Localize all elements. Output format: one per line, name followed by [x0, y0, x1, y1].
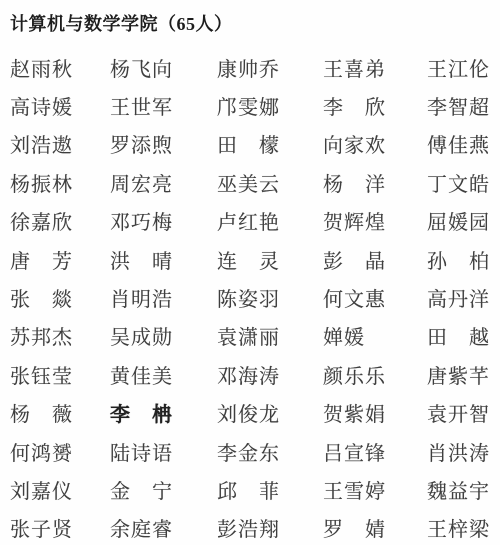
- name-cell: 洪 晴: [110, 240, 217, 278]
- name-cell: 向家欢: [323, 125, 427, 163]
- name-cell: 何鸿赟: [10, 432, 110, 470]
- page-title: 计算机与数学学院（65人）: [10, 10, 233, 36]
- name-cell: 吕宣锋: [323, 432, 427, 470]
- name-cell: 王梓梁: [427, 509, 492, 545]
- name-cell: 杨 洋: [323, 163, 427, 201]
- name-cell: 罗 婧: [323, 509, 427, 545]
- name-cell: 苏邦杰: [10, 317, 110, 355]
- name-cell: 赵雨秋: [10, 48, 110, 86]
- name-cell: 张钰莹: [10, 355, 110, 393]
- name-cell: 邱 菲: [217, 470, 323, 508]
- name-cell: 连 灵: [217, 240, 323, 278]
- name-cell: 傅佳燕: [427, 125, 492, 163]
- name-cell: 贺紫娟: [323, 394, 427, 432]
- name-cell: 何文惠: [323, 278, 427, 316]
- name-cell: 肖洪涛: [427, 432, 492, 470]
- name-cell: 徐嘉欣: [10, 202, 110, 240]
- name-cell: 罗添煦: [110, 125, 217, 163]
- name-cell: 丁文皓: [427, 163, 492, 201]
- name-cell: 张子贤: [10, 509, 110, 545]
- name-cell: 金 宁: [110, 470, 217, 508]
- name-cell: 唐 芳: [10, 240, 110, 278]
- name-cell: 李 柟: [110, 394, 217, 432]
- name-cell: 田 檬: [217, 125, 323, 163]
- scanned-document-page: 计算机与数学学院（65人） 赵雨秋杨飞向康帅乔王喜弟王江伦高诗媛王世军邝雯娜李 …: [0, 0, 500, 545]
- name-cell: 王喜弟: [323, 48, 427, 86]
- name-cell: 刘嘉仪: [10, 470, 110, 508]
- name-cell: 袁开智: [427, 394, 492, 432]
- name-cell: 李智超: [427, 86, 492, 124]
- name-cell: 彭浩翔: [217, 509, 323, 545]
- name-list-grid: 赵雨秋杨飞向康帅乔王喜弟王江伦高诗媛王世军邝雯娜李 欣李智超刘浩遨罗添煦田 檬向…: [10, 48, 492, 545]
- name-cell: 巫美云: [217, 163, 323, 201]
- name-cell: 婵媛: [323, 317, 427, 355]
- name-cell: 贺辉煌: [323, 202, 427, 240]
- name-cell: 康帅乔: [217, 48, 323, 86]
- name-cell: 王雪婷: [323, 470, 427, 508]
- name-cell: 王江伦: [427, 48, 492, 86]
- name-cell: 周宏亮: [110, 163, 217, 201]
- name-cell: 黄佳美: [110, 355, 217, 393]
- name-cell: 魏益宇: [427, 470, 492, 508]
- name-cell: 肖明浩: [110, 278, 217, 316]
- name-cell: 李 欣: [323, 86, 427, 124]
- name-cell: 颜乐乐: [323, 355, 427, 393]
- name-cell: 杨振林: [10, 163, 110, 201]
- name-cell: 邓海涛: [217, 355, 323, 393]
- name-cell: 田 越: [427, 317, 492, 355]
- name-cell: 杨飞向: [110, 48, 217, 86]
- name-cell: 邝雯娜: [217, 86, 323, 124]
- name-cell: 余庭睿: [110, 509, 217, 545]
- name-cell: 张 燚: [10, 278, 110, 316]
- name-cell: 邓巧梅: [110, 202, 217, 240]
- name-cell: 袁潇丽: [217, 317, 323, 355]
- name-cell: 刘俊龙: [217, 394, 323, 432]
- name-cell: 屈媛园: [427, 202, 492, 240]
- name-cell: 卢红艳: [217, 202, 323, 240]
- name-cell: 王世军: [110, 86, 217, 124]
- name-cell: 陆诗语: [110, 432, 217, 470]
- name-cell: 陈姿羽: [217, 278, 323, 316]
- name-cell: 李金东: [217, 432, 323, 470]
- name-cell: 高诗媛: [10, 86, 110, 124]
- name-cell: 刘浩遨: [10, 125, 110, 163]
- name-cell: 孙 柏: [427, 240, 492, 278]
- name-cell: 高丹洋: [427, 278, 492, 316]
- name-cell: 吴成勋: [110, 317, 217, 355]
- name-cell: 唐紫芊: [427, 355, 492, 393]
- name-cell: 彭 晶: [323, 240, 427, 278]
- name-cell: 杨 薇: [10, 394, 110, 432]
